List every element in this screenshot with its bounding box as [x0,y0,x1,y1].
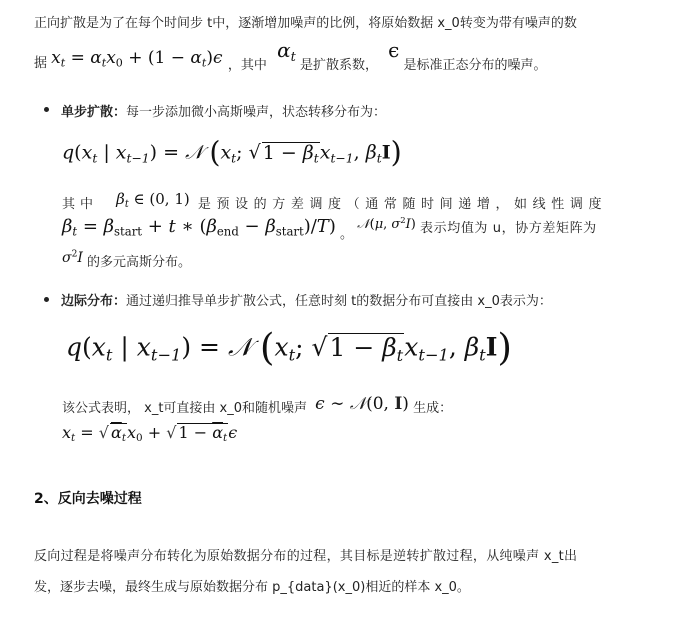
section-2-para-line-1: 反向过程是将噪声分布转化为原始数据分布的过程，其目标是逆转扩散过程，从纯噪声 x… [34,545,577,564]
section-2-heading: 2、反向去噪过程 [34,488,142,508]
intro-line-2: 据 xt = αtx0 + (1 − αt)ϵ ，其中 αt 是扩散系数， ϵ … [34,38,546,68]
intro-mid2: 是扩散系数， [300,58,378,73]
formula-xt-linear: xt = αtx0 + (1 − αt)ϵ [51,48,228,68]
formula-xt-reparam: xt = √αtx0 + √1 − αtϵ [62,423,237,442]
bullet-2-detail-line-1: 该公式表明， x_t可直接由 x_0和随机噪声 ϵ ∼ 𝒩(0, I) 生成： [62,394,452,416]
bullet-dot-1 [44,107,49,112]
detail-suffix: 是预设的方差调度（通常随时间递增，如线性调度 [198,197,607,212]
beta-schedule: βt = βstart + t ∗ (βend − βstart)/T) [62,216,336,237]
bullet-1-text: 每一步添加微小高斯噪声，状态转移分布为： [126,105,386,120]
intro-prefix: 据 [34,56,47,71]
bullet-1-colon: ： [113,105,126,120]
bullet-2-colon: ： [113,294,126,309]
intro-suffix: 是标准正态分布的噪声。 [403,58,546,73]
bullet-2-line: 边际分布：通过递归推导单步扩散公式，任意时刻 t的数据分布可直接由 x_0表示为… [61,290,552,309]
alpha-t-symbol: αt [277,38,296,62]
bullet-1-detail-line-2: βt = βstart + t ∗ (βend − βstart)/T) 。 𝒩… [62,216,597,242]
bullet-1-detail-line-1: 其中 βt ∈ (0, 1) 是预设的方差调度（通常随时间递增，如线性调度 [62,190,607,212]
detail2-prefix: 该公式表明， x_t可直接由 x_0和随机噪声 [62,401,307,416]
normal-dist: 𝒩(μ, σ2I) [357,217,416,232]
intro-line-1: 正向扩散是为了在每个时间步 t中，逐渐增加噪声的比例，将原始数据 x_0转变为带… [34,12,577,31]
bullet-dot-2 [44,297,49,302]
bullet-2-text: 通过递归推导单步扩散公式，任意时刻 t的数据分布可直接由 x_0表示为： [126,294,552,309]
detail-period: 。 [340,227,353,242]
intro-mid1: ，其中 [228,58,267,73]
detail2-suffix: 生成： [413,401,452,416]
detail-l2-suffix: 表示均值为 u，协方差矩阵为 [420,221,597,236]
sigma2I: σ2I [62,250,83,266]
detail-prefix: 其中 [62,197,98,212]
bullet-1-detail-line-3: σ2I 的多元高斯分布。 [62,250,191,270]
detail-l3-suffix: 的多元高斯分布。 [87,255,191,270]
section-2-para-line-2: 发，逐步去噪，最终生成与原始数据分布 p_{data}(x_0)相近的样本 x_… [34,576,470,595]
beta-range: βt ∈ (0, 1) [116,190,190,208]
bullet-1-title: 单步扩散 [61,105,113,120]
epsilon-symbol: ϵ [388,38,399,62]
eps-dist: ϵ ∼ 𝒩(0, I) [315,394,409,414]
bullet-1-line: 单步扩散：每一步添加微小高斯噪声，状态转移分布为： [61,101,386,120]
formula-single-step: q(xt | xt−1) = 𝒩 (xt; √1 − βtxt−1, βtI) [62,136,402,169]
bullet-2-title: 边际分布 [61,294,113,309]
formula-marginal: q(xt | xt−1) = 𝒩 (xt; √1 − βtxt−1, βtI) [66,325,512,369]
